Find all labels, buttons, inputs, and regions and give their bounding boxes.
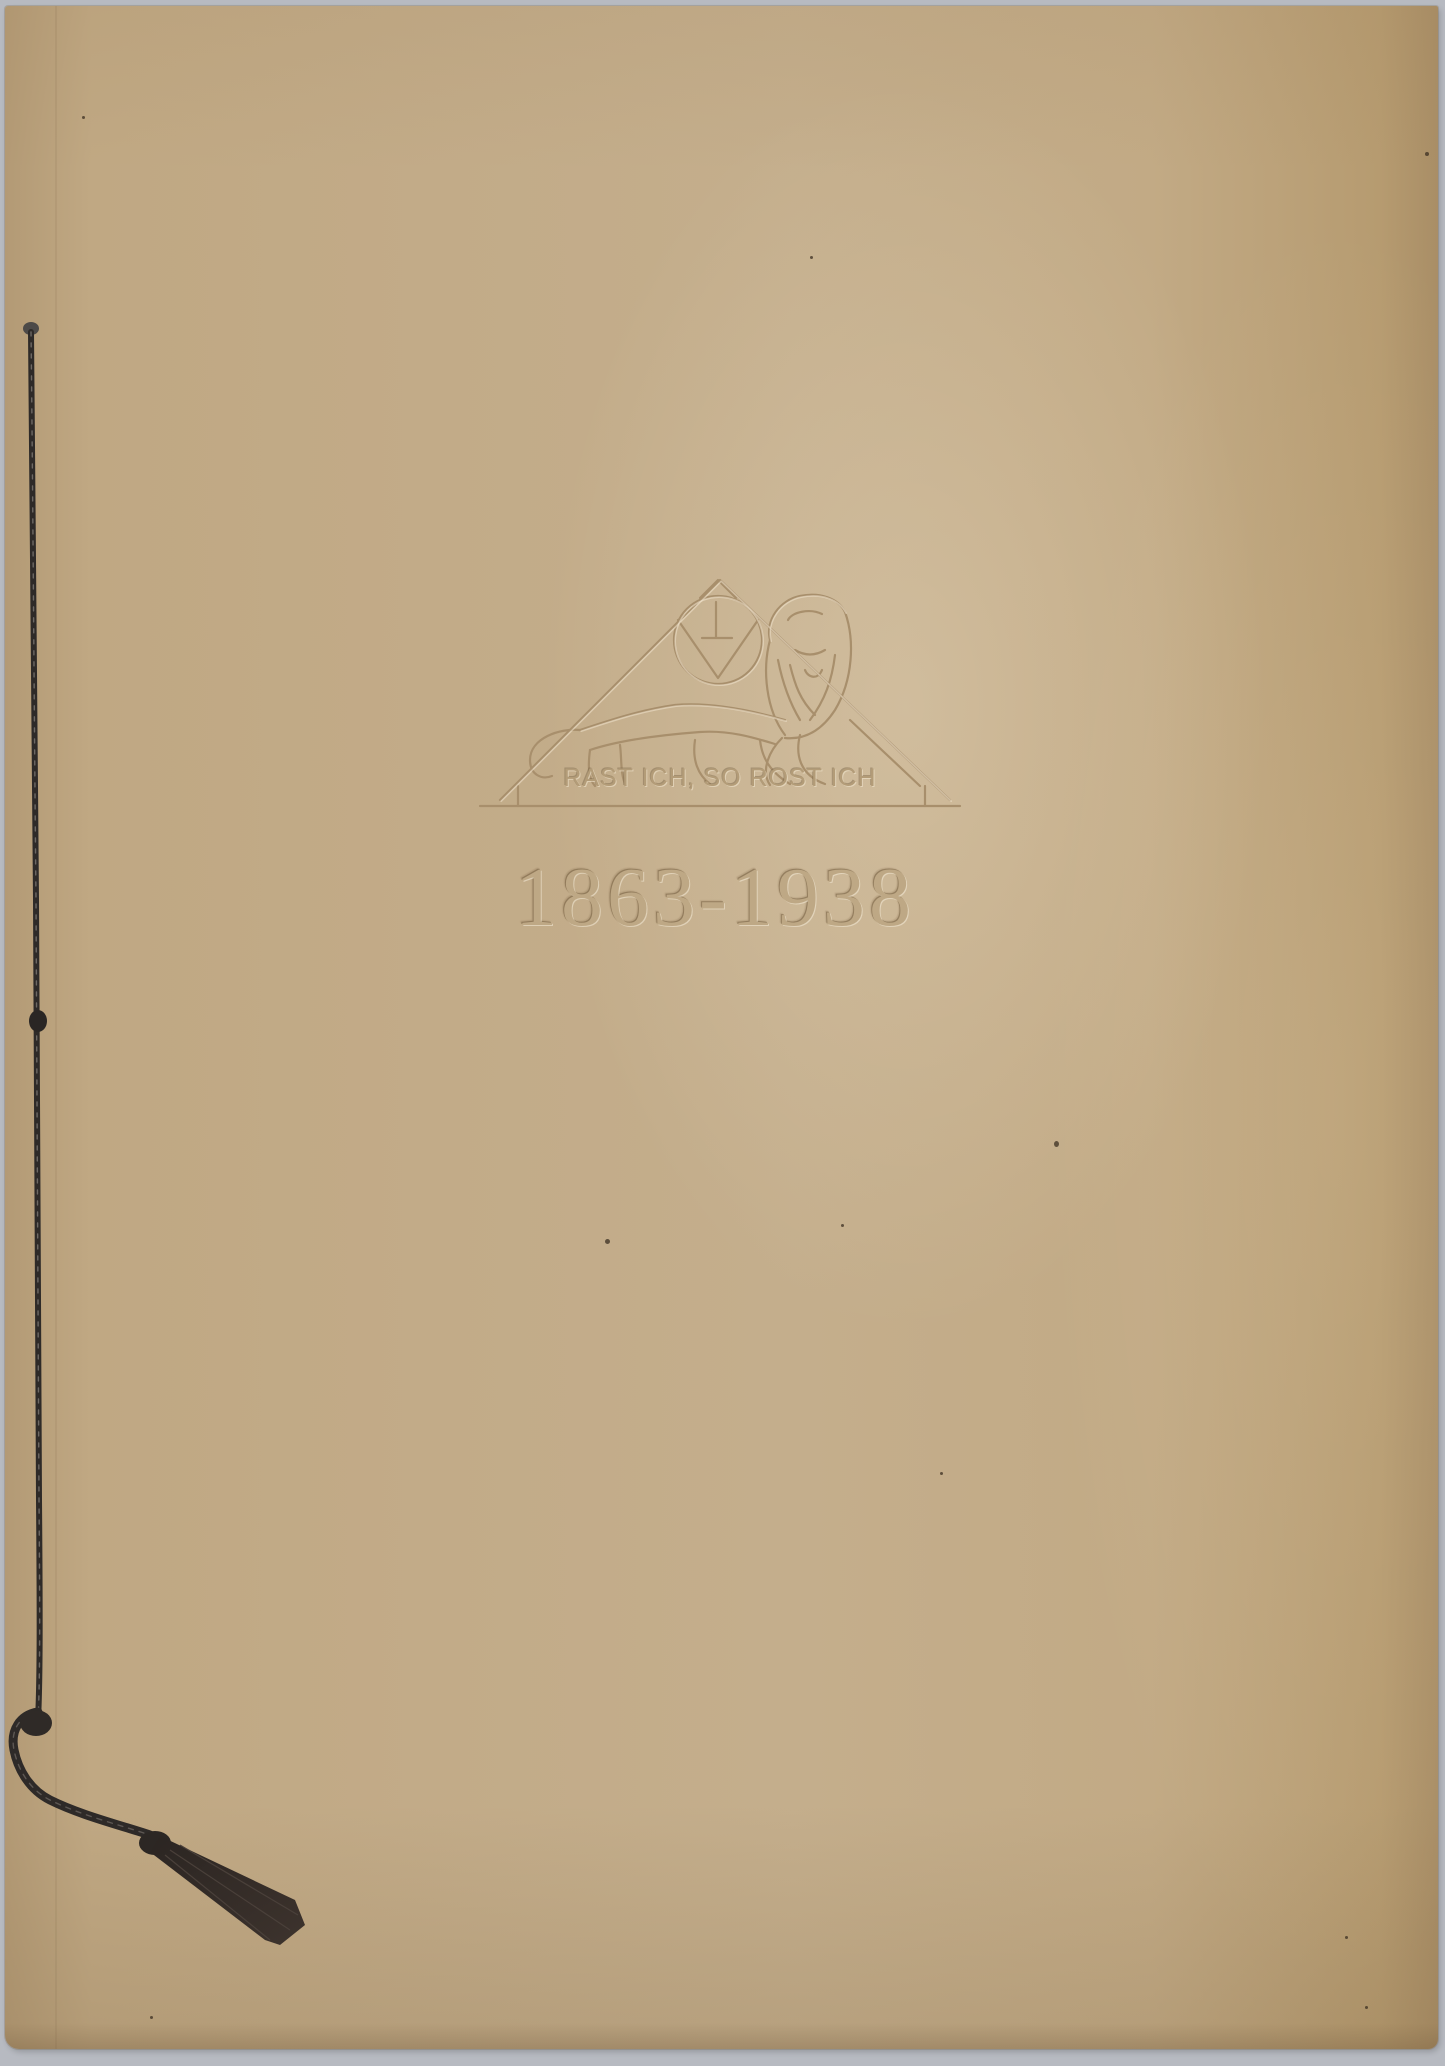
paper-speck (1054, 1141, 1059, 1147)
paper-speck (605, 1239, 610, 1244)
paper-speck (1365, 2006, 1368, 2009)
paper-speck (810, 256, 813, 259)
worn-bottom-edge (5, 2023, 1438, 2049)
anniversary-years: 1863-1938 (480, 848, 950, 948)
paper-speck (1345, 1936, 1348, 1939)
motto-text: RAST ICH, SO ROST ICH (520, 764, 920, 793)
paper-speck (82, 116, 85, 119)
spine-fold (55, 6, 57, 2049)
paper-speck (150, 2016, 153, 2019)
paper-speck (1425, 152, 1429, 156)
booklet-cover (5, 6, 1438, 2049)
paper-speck (940, 1472, 943, 1475)
paper-speck (841, 1224, 844, 1227)
photo-stage: RAST ICH, SO ROST ICH 1863-1938 (0, 0, 1445, 2066)
binding-hole (23, 322, 39, 335)
